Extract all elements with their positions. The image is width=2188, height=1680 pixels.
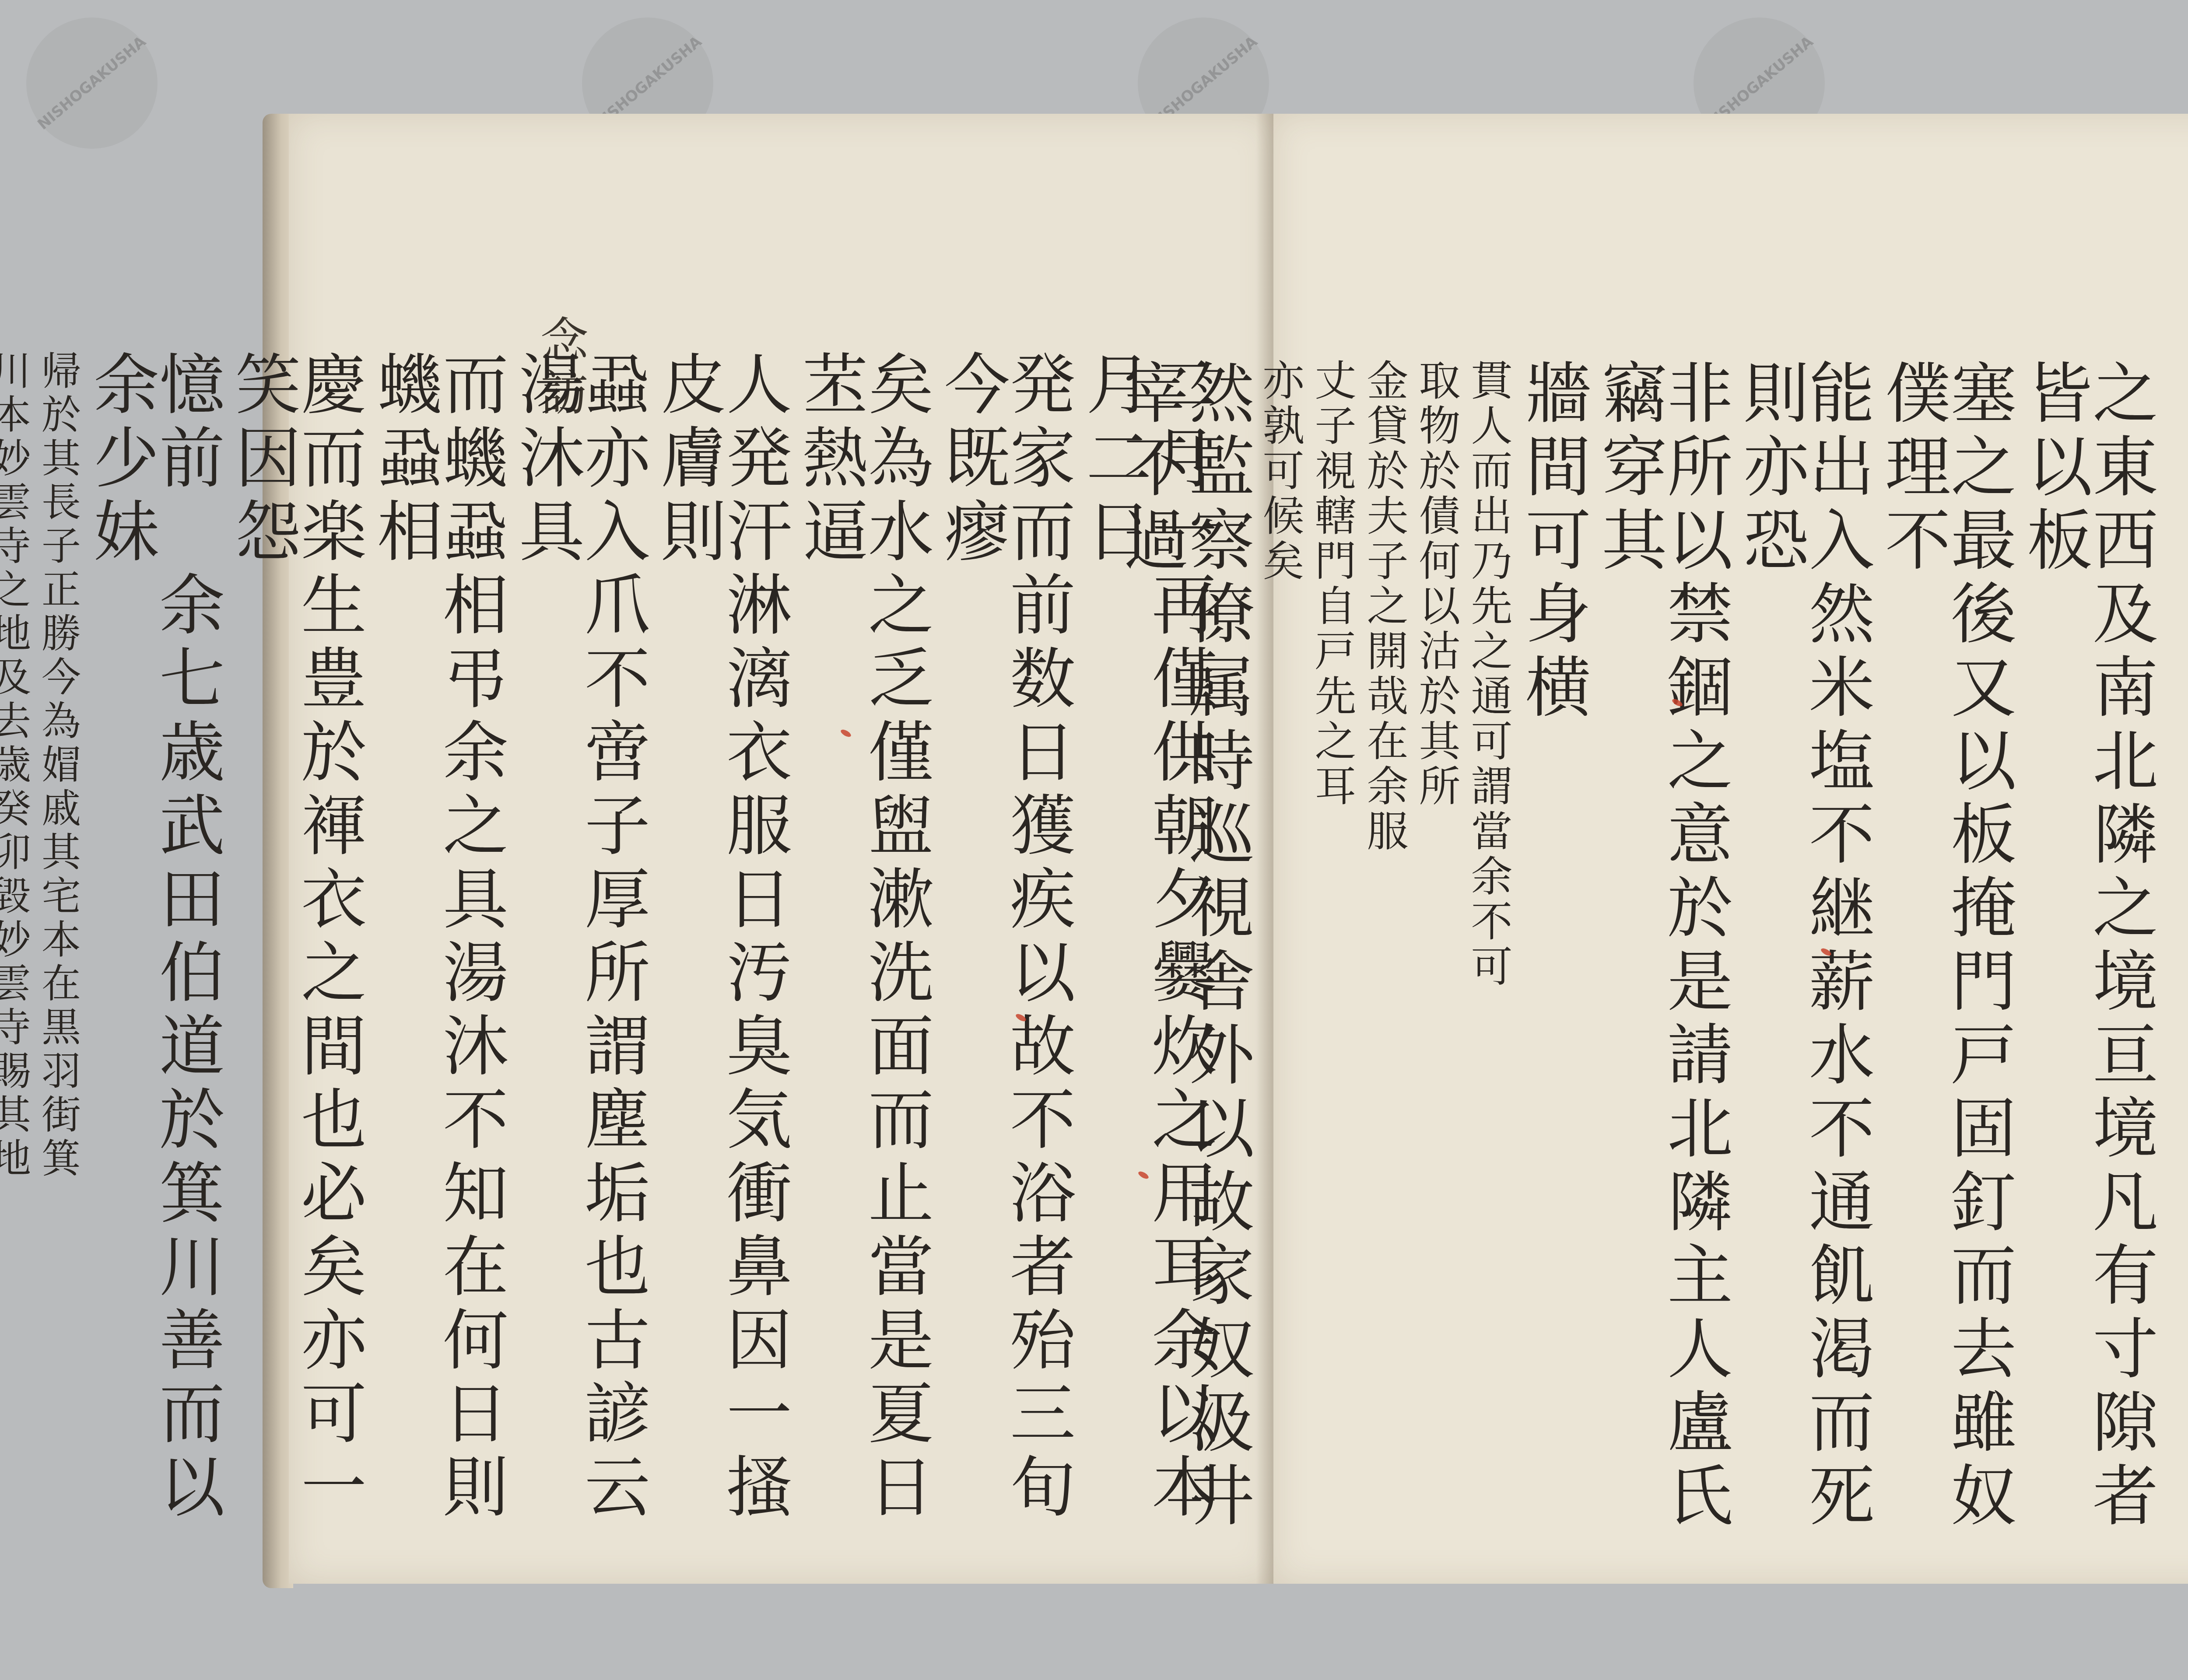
left-text-columns: 二月一再僅供朝夕爨炊之用耳余以本月二日 発家而前数日獲疾以故不浴者殆三旬今既瘳 … [0,350,1217,1584]
text-column: 塞之最後又以板掩門戸固釘而去雖奴僕理不 [1874,359,2016,1584]
right-text-columns: 之東西及南北隣之境亘境凡有寸隙者皆以板 塞之最後又以板掩門戸固釘而去雖奴僕理不 … [1112,359,2157,1584]
right-page: 之東西及南北隣之境亘境凡有寸隙者皆以板 塞之最後又以板掩門戸固釘而去雖奴僕理不 … [1273,114,2188,1584]
text-column: 而蟣蝨相弔余之具湯沐不知在何日則蟣蝨相 [366,350,508,1584]
text-column: 能出入然米塩不継薪水不通飢渇而死則亦恐 [1732,359,1874,1584]
text-column: 蝨亦入爪不啻子厚所謂塵垢也古諺云湯沐具 [508,350,649,1584]
text-column: 憶前 余七歳武田伯道於箕川善而以余少妹 [82,350,224,1584]
watermark-text: NISHOGAKUSHA [34,33,149,133]
text-column-small: 川本妙雲寺之地及去歳癸卯毀妙雲寺賜其地 [0,350,32,1584]
text-column-note: 丈子視轄門自戸先之耳 [1306,359,1358,1584]
text-column-small: 帰於其長子正勝今為媢戚其宅本在黒羽街箕 [32,350,82,1584]
text-column: 然監察僚属時巡視舎外以故家奴汲井宰不過 [1112,359,1254,1584]
text-column-note: 亦孰可候矣 [1254,359,1306,1584]
text-column-note: 取物於債何以沽於其所 [1410,359,1462,1584]
text-column: 慶而楽生豊於褌衣之間也必矣亦可一笑因怨 [224,350,366,1584]
text-column: 矣為水之乏僅盥漱洗面而止當是夏日苤熱逼 [791,350,933,1584]
text-column: 発家而前数日獲疾以故不浴者殆三旬今既瘳 [933,350,1075,1584]
text-column: 人発汗淋漓衣服日汚臭気衝鼻因一搔皮膚則 [649,350,791,1584]
text-column: 牆間可身横 [1514,359,1590,1584]
text-column: 之東西及南北隣之境亘境凡有寸隙者皆以板 [2016,359,2157,1584]
text-column-note: 金貸於夫子之開哉在余服 [1358,359,1410,1584]
watermark-logo: NISHOGAKUSHA [26,17,158,149]
open-book: 念訪 二月一再僅供朝夕爨炊之用耳余以本月二日 発家而前数日獲疾以故不浴者殆三旬今… [263,96,2188,1606]
text-column: 非所以禁錮之意於是請北隣主人盧氏竊穿其 [1590,359,1732,1584]
text-column-note: 貫人而出乃先之通可謂當余不可 [1462,359,1514,1584]
